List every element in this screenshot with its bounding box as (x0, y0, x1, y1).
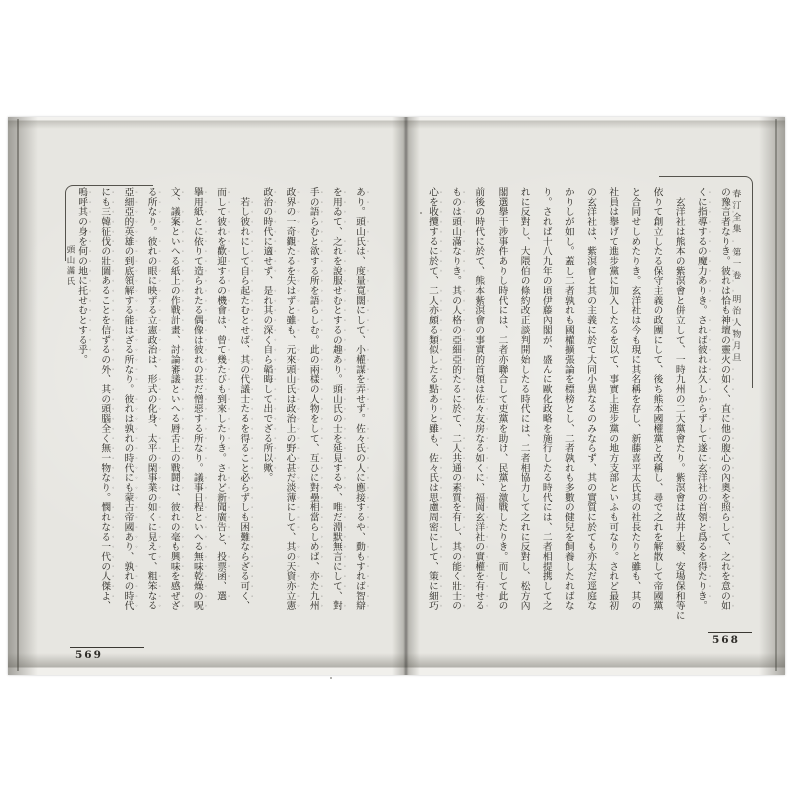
emphasized-text-segment: にも三韓征伐の壯圖あることを信ずるの外、其の頭腦全く無一物なり。憫れなる一代の人… (99, 187, 110, 611)
text-column: 前後の時代に於て、熊本紫溟會の事實的首領は佐々友房なる如くに、福岡玄洋社の實權を… (467, 187, 490, 621)
paper-speck (330, 677, 332, 679)
text-segment: れに反對し、大隈伯の條約改正談判開始したる時代には、二者相協力して之れに反對し、… (519, 187, 530, 611)
emphasized-text-segment: の豫言者なりき。彼れは恰も神壇の靈火の如く、直に他の腹心の內奧を照らして、之れを… (719, 187, 730, 611)
emphasized-text-segment: 亞細亞的英雄の到底領解する能はざる所なり。彼れは孰れの時代にも蒙古帝國あり、孰れ… (122, 187, 133, 611)
emphasized-text-segment: る所なり。彼れの眼に映ずる立憲政治は、形式の化身、太平の閑事業の如くに見えて、粗… (146, 187, 157, 611)
text-segment: 前後の時代に於て、熊本紫溟會の事實的首領は (473, 187, 484, 394)
page-stack-edge-right-line (775, 119, 777, 671)
paper-speck (420, 212, 422, 214)
text-column: 社員は擧げて進步黨に加入したるを以て、事實上進步黨の地方支部といふも可なり。され… (601, 187, 623, 621)
book-spread: 春汀全集 第一卷 明治人物月旦 の豫言者なりき。彼れは恰も神壇の靈火の如く、直に… (8, 117, 785, 675)
text-column: る所なり。彼れの眼に映ずる立憲政治は、形式の化身、太平の閑事業の如くに見えて、粗… (139, 187, 162, 621)
book-gutter-shadow (392, 117, 420, 675)
text-column: にも三韓征伐の壯圖あることを信ずるの外、其の頭腦全く無一物なり。憫れなる一代の人… (93, 187, 116, 621)
emphasized-text-segment: 文、議案といへる紙上の作戰計畫、討論審議といへる脣舌上の戰鬪は、彼れの毫も興味を… (169, 187, 180, 611)
page-stack-edge-right (759, 117, 785, 675)
text-column: れに反對し、大隈伯の條約改正談判開始したる時代には、二者相協力して之れに反對し、… (512, 187, 534, 621)
text-column: と合同せしめたりき。玄洋社は今も現に其名稱を存し、新藤喜平太氏其の社長たりと雖も… (623, 187, 645, 621)
text-column: を用ゐて、之れを說服せむとするの趣あり。頭山氏の士を延見するや、唯だ淵默無言にし… (325, 187, 348, 621)
page-top-edge (8, 117, 785, 129)
text-segment: り。されば十八九年の頃伊藤內閣が、盛んに歐化政略を施行したる時代には、二者相提携… (541, 187, 552, 611)
text-column: 心を收攬するに於て、二人亦頗る類似したる點ありと雖も、佐々氏は思慮周密にして、策… (421, 187, 444, 621)
text-column: 政治の時代に適せず、是れ其の深く自ら韜晦して出でざる所以歟。 (255, 187, 278, 621)
text-segment: かりしが如し。蓋し二者孰れも國權擴張論を標榜とし、二者孰れも多數の健兒を飼養した… (563, 187, 574, 611)
emphasized-text-segment: 擧用紙とに依りて造られたる偶像は彼れの甚だ憎惡する所なり。議事日程といへる無味乾… (192, 187, 203, 611)
emphasized-text-segment: 政界の一奇觀たるを失はずと雖も、元來頭山氏は政治上の野心甚だ淡薄にして、其の天資… (285, 187, 296, 611)
text-segment: の玄洋社は、紫溟會と其の主義に於て大同小異なるのみならず、其の實質に於ても亦太だ… (585, 187, 596, 611)
emphasized-text-segment: くに指導するの魔力ありき。されば彼れは久しからずして遂に玄洋社の首領と爲るを得た… (696, 187, 707, 611)
text-column: 亞細亞的英雄の到底領解する能はざる所なり。彼れは孰れの時代にも蒙古帝國あり、孰れ… (116, 187, 139, 621)
text-column: 政界の一奇觀たるを失はずと雖も、元來頭山氏は政治上の野心甚だ淡薄にして、其の天資… (278, 187, 301, 621)
text-column: 嗚呼其の身を何の地に托せむとする乎。 (70, 187, 93, 621)
page-number-left: 569 (75, 649, 103, 661)
text-column: 手の語らむと欲する所を語らしむ。此の兩樣の人物をして、互ひに對壘相當らしめば、亦… (302, 187, 325, 621)
emphasized-text-segment: 政治の時代に適せず、是れ其の深く自ら韜晦して出でざる所以歟。 (261, 187, 272, 483)
scanned-book-photo: 春汀全集 第一卷 明治人物月旦 の豫言者なりき。彼れは恰も神壇の靈火の如く、直に… (0, 0, 800, 800)
emphasized-text-segment: ものは頭山滿なりき。其の人格の亞細亞的たるに於て、二人共通の素質を有し、其の能く… (450, 187, 461, 611)
emphasized-text-segment: 嗚呼其の身を何の地に托せむとする乎。 (76, 187, 87, 364)
right-page-text-block: の豫言者なりき。彼れは恰も神壇の靈火の如く、直に他の腹心の內奧を照らして、之れを… (425, 187, 736, 621)
text-column: 玄洋社は熊本の紫溟會と併立して、一時九州の二大黨會たり。紫溟會は故井上毅、安場保… (668, 187, 690, 621)
text-column: かりしが如し。蓋し二者孰れも國權擴張論を標榜とし、二者孰れも多數の健兒を飼養した… (557, 187, 579, 621)
text-segment: と合同せしめたりき。玄洋社は今も現に其名稱を存し、新藤喜平太氏其の社長たりと雖も… (629, 187, 640, 611)
emphasized-text-segment: 心を收攬するに於て、二人亦頗る類似したる點ありと雖も、佐々氏は思慮周密にして、策… (427, 187, 438, 611)
page-stack-edge-left-line (17, 119, 19, 671)
text-column: 擧用紙とに依りて造られたる偶像は彼れの甚だ憎惡する所なり。議事日程といへる無味乾… (186, 187, 209, 621)
text-segment: 社員は擧げて進步黨に加入したるを以て、事實上進步黨の地方支部といふも可なり。され… (607, 187, 618, 611)
page-number-right: 568 (712, 634, 740, 646)
emphasized-text-segment: あり。頭山氏は、度量寬闊にして、小權謀を弄せず。佐々氏の人に應接するや、動もすれ… (354, 187, 365, 611)
page-bottom-edge (8, 653, 785, 675)
emphasized-text-segment: 手の語らむと欲する所を語らしむ。此の兩樣の人物をして、互ひに對壘相當らしめば、亦… (308, 187, 319, 611)
text-segment: 玄洋社は熊本の紫溟會と併立して、一時九州の二大黨會たり。紫溟會は故井上毅、安場保… (674, 187, 685, 620)
text-column: り。されば十八九年の頃伊藤內閣が、盛んに歐化政略を施行したる時代には、二者相提携… (535, 187, 557, 621)
text-column: くに指導するの魔力ありき。されば彼れは久しからずして遂に玄洋社の首領と爲るを得た… (690, 187, 713, 621)
text-column: 若し彼れにして自ら起たむとせば、其の代議士たるを得ること必らずしも困難ならざる可… (232, 187, 255, 621)
text-column: の玄洋社は、紫溟會と其の主義に於て大同小異なるのみならず、其の實質に於ても亦太だ… (579, 187, 601, 621)
text-column: 而して彼れを歡迎するの機會は、曾て幾たびも到來したりき。されど新聞廣告と、投票函… (209, 187, 232, 621)
text-column: の豫言者なりき。彼れは恰も神壇の靈火の如く、直に他の腹心の內奧を照らして、之れを… (713, 187, 736, 621)
emphasized-text-segment: を用ゐて、之れを說服せむとするの趣あり。頭山氏の士を延見するや、唯だ淵默無言にし… (331, 187, 342, 611)
emphasized-text-segment: 而して彼れを歡迎するの機會は、曾て幾たびも到來したりき。されど新聞廣告と、投票函… (215, 187, 226, 601)
emphasized-text-segment: 佐々友房なる如くに、福岡玄洋社の實權を有せる (473, 394, 484, 611)
text-column: 依りて創立したる保守主義の政團にして、後ち熊本國權黨と改稱し、尋で之れを解散して… (645, 187, 667, 621)
text-column: 閣選擧干涉事件ありし時代には、二者亦聯合して吏黨を助け、民黨と激戰したりき。而し… (490, 187, 512, 621)
left-page-text-block: あり。頭山氏は、度量寬闊にして、小權謀を弄せず。佐々氏の人に應接するや、動もすれ… (82, 187, 371, 621)
text-segment: 閣選擧干涉事件ありし時代には、二者亦聯合して吏黨を助け、民黨と激戰したりき。而し… (496, 187, 507, 611)
paper-speck (244, 417, 246, 419)
text-column: あり。頭山氏は、度量寬闊にして、小權謀を弄せず。佐々氏の人に應接するや、動もすれ… (348, 187, 371, 621)
text-column: 文、議案といへる紙上の作戰計畫、討論審議といへる脣舌上の戰鬪は、彼れの毫も興味を… (163, 187, 186, 621)
text-column: ものは頭山滿なりき。其の人格の亞細亞的たるに於て、二人共通の素質を有し、其の能く… (444, 187, 467, 621)
page-stack-edge-left (8, 117, 38, 675)
emphasized-text-segment: 若し彼れにして自ら起たむとせば、其の代議士たるを得ること必らずしも困難ならざる可… (238, 187, 249, 611)
text-segment: 依りて創立したる保守主義の政團にして、後ち熊本國權黨と改稱し、尋で之れを解散して… (652, 187, 663, 611)
